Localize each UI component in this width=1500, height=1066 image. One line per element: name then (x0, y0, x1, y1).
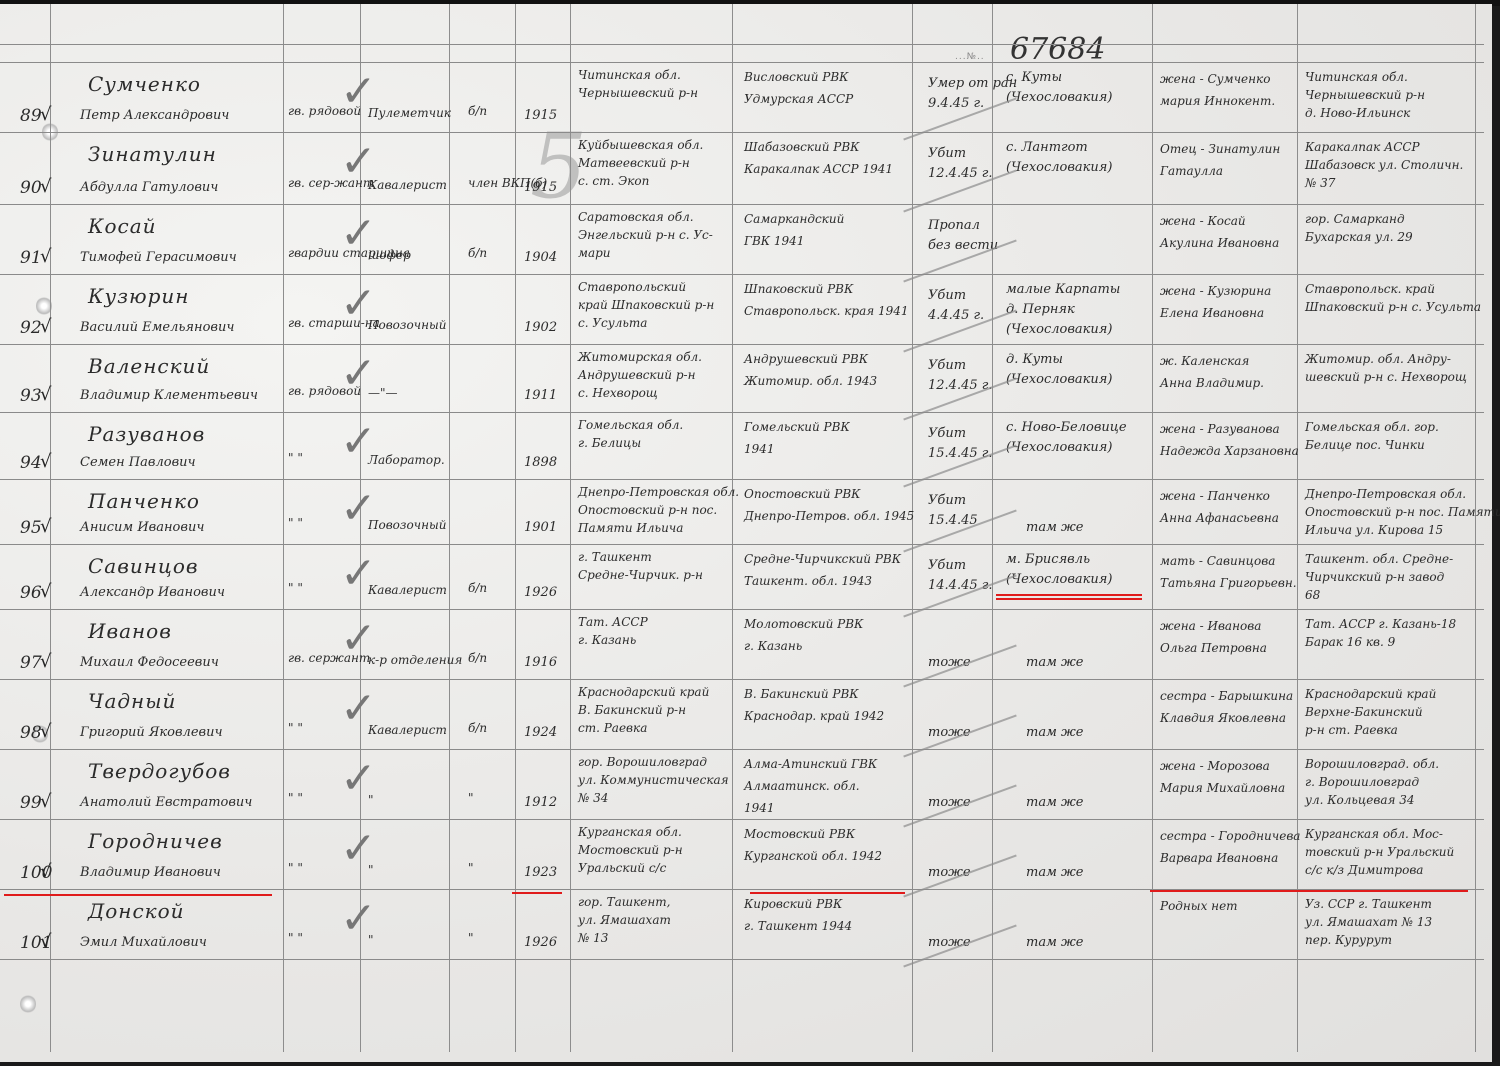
pencil-check-icon: ✓ (340, 278, 377, 329)
home-address-line: Шпаковский р-н с. Усульта (1305, 300, 1481, 315)
fate-line: Убит (928, 358, 966, 374)
next-of-kin-line: жена - Иванова (1160, 619, 1261, 634)
fate-line: 4.4.45 г. (928, 308, 984, 324)
birthplace-line: ул. Ямашахат (578, 913, 671, 928)
role: Кавалерист (368, 583, 447, 598)
birthplace-line: гор. Ворошиловград (578, 755, 707, 770)
red-underline (750, 892, 905, 894)
home-address-line: Читинская обл. (1305, 70, 1408, 85)
party: б/п (468, 246, 487, 261)
row-rule (0, 749, 1484, 750)
birthplace-line: Тат. АССР (578, 615, 648, 630)
draft-office-line: Шпаковский РВК (744, 282, 853, 297)
role: Кавалерист (368, 723, 447, 738)
party: б/п (468, 104, 487, 119)
birthplace-line: Опостовский р-н пос. (578, 503, 717, 518)
row-number: 92 (20, 318, 42, 339)
row-rule (0, 679, 1484, 680)
birthplace-line: г. Ташкент (578, 550, 652, 565)
row-number: 99 (20, 793, 42, 814)
archive-stamp: ...№.. (955, 52, 985, 62)
given-names: Эмил Михайлович (80, 935, 207, 951)
birth-year: 1915 (524, 108, 557, 124)
pencil-check-icon: ✓ (340, 208, 377, 259)
birth-year: 1898 (524, 455, 557, 471)
row-number: 95 (20, 518, 42, 539)
row-rule (0, 544, 1484, 545)
surname: Донской (88, 899, 185, 924)
burial-place-line: м. Брисявль (1006, 552, 1090, 568)
birthplace-line: Энгельский р-н с. Ус- (578, 228, 713, 243)
next-of-kin-line: Татьяна Григорьевн. (1160, 576, 1297, 591)
draft-office-line: Каракалпак АССР 1941 (744, 162, 893, 177)
next-of-kin-line: Варвара Ивановна (1160, 851, 1278, 866)
home-address-line: Ворошиловград. обл. (1305, 757, 1439, 772)
row-number: 91 (20, 248, 42, 269)
home-address-line: г. Ворошиловград (1305, 775, 1419, 790)
birthplace-line: В. Бакинский р-н (578, 703, 686, 718)
column-rule (1475, 4, 1476, 1052)
home-address-line: Ильича ул. Кирова 15 (1305, 523, 1443, 538)
draft-office-line: Опостовский РВК (744, 487, 860, 502)
column-rule (732, 4, 733, 1052)
pencil-check-icon: ✓ (340, 613, 377, 664)
next-of-kin-line: Анна Афанасьевна (1160, 511, 1279, 526)
row-number: 90 (20, 178, 42, 199)
given-names: Анисим Иванович (80, 520, 204, 536)
surname: Городничев (88, 829, 223, 854)
birth-year: 1926 (524, 935, 557, 951)
given-names: Анатолий Евстратович (80, 795, 252, 811)
next-of-kin-line: жена - Косай (1160, 214, 1246, 229)
pencil-slash (903, 785, 1016, 828)
checkmark-icon: √ (40, 721, 51, 744)
checkmark-icon: √ (40, 516, 51, 539)
birthplace-line: Мостовский р-н (578, 843, 683, 858)
birth-year: 1911 (524, 388, 557, 404)
burial-place-line: с. Куты (1006, 70, 1062, 86)
next-of-kin-line: Клавдия Яковлевна (1160, 711, 1286, 726)
pencil-slash (903, 715, 1016, 758)
checkmark-icon: √ (40, 791, 51, 814)
birthplace-line: ул. Коммунистическая (578, 773, 729, 788)
next-of-kin-line: Гатаулла (1160, 164, 1223, 179)
home-address-line: Чернышевский р-н (1305, 88, 1425, 103)
surname: Косай (88, 214, 157, 239)
home-address-line: Барак 16 кв. 9 (1305, 635, 1395, 650)
pencil-check-icon: ✓ (340, 823, 377, 874)
home-address-line: Гомельская обл. гор. (1305, 420, 1439, 435)
home-address-line: Верхне-Бакинский (1305, 705, 1423, 720)
column-rule (912, 4, 913, 1052)
burial-place-line: там же (1026, 725, 1083, 741)
burial-place-line: там же (1026, 935, 1083, 951)
draft-office-line: ГВК 1941 (744, 234, 804, 249)
role: Кавалерист (368, 178, 447, 193)
pencil-slash (903, 645, 1016, 688)
birth-year: 1904 (524, 250, 557, 266)
rank: " " (288, 721, 303, 736)
birth-year: 1901 (524, 520, 557, 536)
draft-office-line: Средне-Чирчикский РВК (744, 552, 901, 567)
birthplace-line: Ставропольский (578, 280, 686, 295)
burial-place-line: там же (1026, 520, 1083, 536)
checkmark-icon: √ (40, 581, 51, 604)
row-number: 98 (20, 723, 42, 744)
given-names: Александр Иванович (80, 585, 225, 601)
birthplace-line: Андрушевский р-н (578, 368, 696, 383)
draft-office-line: Краснодар. край 1942 (744, 709, 884, 724)
checkmark-icon: √ (40, 104, 51, 127)
pencil-check-icon: ✓ (340, 66, 377, 117)
home-address-line: ул. Кольцевая 34 (1305, 793, 1415, 808)
next-of-kin-line: Родных нет (1160, 899, 1238, 914)
home-address-line: Тат. АССР г. Казань-18 (1305, 617, 1456, 632)
burial-place-line: там же (1026, 795, 1083, 811)
column-rule (283, 4, 284, 1052)
draft-office-line: Андрушевский РВК (744, 352, 868, 367)
birthplace-line: Краснодарский край (578, 685, 709, 700)
draft-office-line: Житомир. обл. 1943 (744, 374, 877, 389)
punch-hole (20, 994, 36, 1014)
draft-office-line: Шабазовский РВК (744, 140, 859, 155)
burial-place-line: (Чехословакия) (1006, 322, 1113, 338)
draft-office-line: Гомельский РВК (744, 420, 850, 435)
row-number: 94 (20, 453, 42, 474)
birthplace-line: Чернышевский р-н (578, 86, 698, 101)
row-rule (0, 44, 1484, 45)
role: Повозочный (368, 518, 447, 533)
row-number: 93 (20, 386, 42, 407)
birthplace-line: край Шпаковский р-н (578, 298, 714, 313)
next-of-kin-line: жена - Морозова (1160, 759, 1270, 774)
next-of-kin-line: жена - Кузюрина (1160, 284, 1271, 299)
column-rule (1152, 4, 1153, 1052)
next-of-kin-line: жена - Сумченко (1160, 72, 1270, 87)
surname: Твердогубов (88, 759, 231, 784)
row-number: 97 (20, 653, 42, 674)
draft-office-line: Висловский РВК (744, 70, 848, 85)
pencil-slash (903, 925, 1016, 968)
row-rule (0, 274, 1484, 275)
role: Пулеметчик (368, 106, 451, 121)
burial-place-line: (Чехословакия) (1006, 440, 1113, 456)
fate-line: Умер от ран (928, 76, 1017, 92)
birthplace-line: гор. Ташкент, (578, 895, 671, 910)
birth-year: 1915 (524, 180, 557, 196)
draft-office-line: Мостовский РВК (744, 827, 855, 842)
home-address-line: Ставропольск. край (1305, 282, 1435, 297)
home-address-line: Курганская обл. Мос- (1305, 827, 1443, 842)
surname: Панченко (88, 489, 200, 514)
birthplace-line: г. Белицы (578, 436, 641, 451)
fate-line: 12.4.45 г. (928, 166, 992, 182)
home-address-line: Чирчикский р-н завод (1305, 570, 1444, 585)
role: Лаборатор. (368, 453, 445, 468)
draft-office-line: Ташкент. обл. 1943 (744, 574, 872, 589)
checkmark-icon: √ (40, 384, 51, 407)
draft-office-line: Днепро-Петров. обл. 1945 (744, 509, 914, 524)
surname: Валенский (88, 354, 210, 379)
row-number: 89 (20, 106, 42, 127)
given-names: Владимир Иванович (80, 865, 221, 881)
next-of-kin-line: Надежда Харзановна (1160, 444, 1299, 459)
burial-place-line: (Чехословакия) (1006, 90, 1113, 106)
pencil-check-icon: ✓ (340, 348, 377, 399)
burial-place-line: (Чехословакия) (1006, 372, 1113, 388)
birth-year: 1923 (524, 865, 557, 881)
rank: " " (288, 861, 303, 876)
row-rule (0, 62, 1484, 63)
pencil-check-icon: ✓ (340, 683, 377, 734)
pencil-check-icon: ✓ (340, 893, 377, 944)
given-names: Абдулла Гатулович (80, 180, 218, 196)
birthplace-line: Уральский с/с (578, 861, 666, 876)
home-address-line: гор. Самарканд (1305, 212, 1405, 227)
birthplace-line: с. ст. Экоп (578, 174, 649, 189)
given-names: Владимир Клементьевич (80, 388, 258, 404)
checkmark-icon: √ (40, 931, 51, 954)
birthplace-line: с. Усульта (578, 316, 647, 331)
next-of-kin-line: мария Иннокент. (1160, 94, 1275, 109)
rank: " " (288, 581, 303, 596)
birth-year: 1902 (524, 320, 557, 336)
role: к-р отделения (368, 653, 462, 668)
birth-year: 1916 (524, 655, 557, 671)
home-address-line: Белице пос. Чинки (1305, 438, 1425, 453)
birthplace-line: ст. Раевка (578, 721, 647, 736)
draft-office-line: Курганской обл. 1942 (744, 849, 882, 864)
home-address-line: № 37 (1305, 176, 1335, 191)
home-address-line: Каракалпак АССР (1305, 140, 1420, 155)
home-address-line: д. Ново-Ильинск (1305, 106, 1410, 121)
home-address-line: товский р-н Уральский (1305, 845, 1454, 860)
birthplace-line: Матвеевский р-н (578, 156, 690, 171)
given-names: Григорий Яковлевич (80, 725, 223, 741)
home-address-line: Опостовский р-н пос. Памяти (1305, 505, 1500, 520)
birthplace-line: Саратовская обл. (578, 210, 694, 225)
draft-office-line: г. Казань (744, 639, 802, 654)
column-rule (992, 4, 993, 1052)
draft-office-line: 1941 (744, 442, 775, 457)
home-address-line: с/с к/з Димитрова (1305, 863, 1423, 878)
checkmark-icon: √ (40, 651, 51, 674)
home-address-line: шевский р-н с. Нехворощ (1305, 370, 1467, 385)
party: б/п (468, 721, 487, 736)
row-rule (0, 132, 1484, 133)
burial-place-line: (Чехословакия) (1006, 160, 1113, 176)
burial-place-line: с. Лантгот (1006, 140, 1088, 156)
birthplace-line: г. Казань (578, 633, 636, 648)
draft-office-line: Алма-Атинский ГВК (744, 757, 877, 772)
home-address-line: Шабазовск ул. Столичн. (1305, 158, 1463, 173)
burial-place-line: д. Куты (1006, 352, 1063, 368)
birth-year: 1926 (524, 585, 557, 601)
fate-line: Убит (928, 146, 966, 162)
home-address-line: Житомир. обл. Андру- (1305, 352, 1451, 367)
rank: " " (288, 516, 303, 531)
next-of-kin-line: Ольга Петровна (1160, 641, 1267, 656)
home-address-line: Ташкент. обл. Средне- (1305, 552, 1453, 567)
surname: Зинатулин (88, 142, 217, 167)
home-address-line: Бухарская ул. 29 (1305, 230, 1413, 245)
red-double-underline (996, 594, 1142, 600)
home-address-line: ул. Ямашахат № 13 (1305, 915, 1432, 930)
draft-office-line: Молотовский РВК (744, 617, 863, 632)
next-of-kin-line: мать - Савинцова (1160, 554, 1275, 569)
birth-year: 1924 (524, 725, 557, 741)
next-of-kin-line: сестра - Барышкина (1160, 689, 1293, 704)
next-of-kin-line: Анна Владимир. (1160, 376, 1264, 391)
given-names: Петр Александрович (80, 108, 229, 124)
checkmark-icon: √ (40, 451, 51, 474)
burial-place-line: (Чехословакия) (1006, 572, 1113, 588)
home-address-line: Уз. ССР г. Ташкент (1305, 897, 1432, 912)
fate-line: Убит (928, 426, 966, 442)
fate-line: 9.4.45 г. (928, 96, 984, 112)
birthplace-line: с. Нехворощ (578, 386, 658, 401)
row-number: 96 (20, 583, 42, 604)
draft-office-line: В. Бакинский РВК (744, 687, 859, 702)
draft-office-line: 1941 (744, 801, 775, 816)
party: " (468, 791, 474, 806)
surname: Сумченко (88, 72, 201, 97)
given-names: Семен Павлович (80, 455, 196, 471)
red-underline (4, 894, 272, 896)
draft-office-line: Алмаатинск. обл. (744, 779, 860, 794)
birthplace-line: Гомельская обл. (578, 418, 683, 433)
pencil-check-icon: ✓ (340, 753, 377, 804)
surname: Иванов (88, 619, 172, 644)
given-names: Михаил Федосеевич (80, 655, 219, 671)
row-rule (0, 959, 1484, 960)
home-address-line: пер. Курурут (1305, 933, 1392, 948)
row-rule (0, 344, 1484, 345)
birthplace-line: Курганская обл. (578, 825, 682, 840)
rank: " " (288, 451, 303, 466)
fate-line: 15.4.45 г. (928, 446, 992, 462)
draft-office-line: Ставропольск. края 1941 (744, 304, 909, 319)
checkmark-icon: √ (40, 316, 51, 339)
birthplace-line: Памяти Ильича (578, 521, 683, 536)
home-address-line: р-н ст. Раевка (1305, 723, 1398, 738)
rank: " " (288, 931, 303, 946)
pencil-slash (903, 855, 1016, 898)
checkmark-icon: √ (40, 861, 51, 884)
row-rule (0, 609, 1484, 610)
checkmark-icon: √ (40, 176, 51, 199)
draft-office-line: Кировский РВК (744, 897, 842, 912)
column-rule (1297, 4, 1298, 1052)
surname: Кузюрин (88, 284, 189, 309)
draft-office-line: г. Ташкент 1944 (744, 919, 852, 934)
fate-line: 12.4.45 г. (928, 378, 992, 394)
row-rule (0, 819, 1484, 820)
burial-place-line: там же (1026, 655, 1083, 671)
fate-line: Убит (928, 493, 966, 509)
burial-place-line: с. Ново-Беловице (1006, 420, 1127, 436)
red-underline (1150, 890, 1468, 892)
next-of-kin-line: жена - Разуванова (1160, 422, 1280, 437)
pencil-check-icon: ✓ (340, 548, 377, 599)
party: б/п (468, 581, 487, 596)
surname: Чадный (88, 689, 176, 714)
home-address-line: Краснодарский край (1305, 687, 1436, 702)
role: Повозочный (368, 318, 447, 333)
birthplace-line: № 13 (578, 931, 608, 946)
home-address-line: 68 (1305, 588, 1320, 603)
column-rule (570, 4, 571, 1052)
birthplace-line: Днепро-Петровская обл. (578, 485, 739, 500)
pencil-check-icon: ✓ (340, 416, 377, 467)
burial-place-line: там же (1026, 865, 1083, 881)
next-of-kin-line: ж. Каленская (1160, 354, 1249, 369)
surname: Савинцов (88, 554, 199, 579)
birthplace-line: мари (578, 246, 611, 261)
fate-line: Убит (928, 558, 966, 574)
rank: " " (288, 791, 303, 806)
burial-place-line: малые Карпаты (1006, 282, 1120, 298)
next-of-kin-line: Акулина Ивановна (1160, 236, 1279, 251)
party: " (468, 931, 474, 946)
draft-office-line: Удмурская АССР (744, 92, 853, 107)
row-rule (0, 479, 1484, 480)
party: б/п (468, 651, 487, 666)
birthplace-line: Читинская обл. (578, 68, 681, 83)
fate-line: Пропал (928, 218, 980, 234)
row-rule (0, 204, 1484, 205)
next-of-kin-line: жена - Панченко (1160, 489, 1270, 504)
birth-year: 1912 (524, 795, 557, 811)
next-of-kin-line: сестра - Городничева (1160, 829, 1300, 844)
column-rule (515, 4, 516, 1052)
next-of-kin-line: Мария Михайловна (1160, 781, 1285, 796)
birthplace-line: Куйбышевская обл. (578, 138, 703, 153)
given-names: Тимофей Герасимович (80, 250, 237, 266)
pencil-check-icon: ✓ (340, 483, 377, 534)
next-of-kin-line: Отец - Зинатулин (1160, 142, 1280, 157)
next-of-kin-line: Елена Ивановна (1160, 306, 1264, 321)
checkmark-icon: √ (40, 246, 51, 269)
given-names: Василий Емельянович (80, 320, 234, 336)
birthplace-line: № 34 (578, 791, 608, 806)
home-address-line: Днепро-Петровская обл. (1305, 487, 1466, 502)
row-rule (0, 412, 1484, 413)
pencil-check-icon: ✓ (340, 136, 377, 187)
red-underline (512, 892, 562, 894)
draft-office-line: Самаркандский (744, 212, 844, 227)
column-rule (449, 4, 450, 1052)
fate-line: Убит (928, 288, 966, 304)
surname: Разуванов (88, 422, 205, 447)
party: " (468, 861, 474, 876)
birthplace-line: Житомирская обл. (578, 350, 702, 365)
casualty-list-page: 67684 ...№.. 5 89√СумченкоПетр Александр… (0, 4, 1492, 1062)
birthplace-line: Средне-Чирчик. р-н (578, 568, 703, 583)
